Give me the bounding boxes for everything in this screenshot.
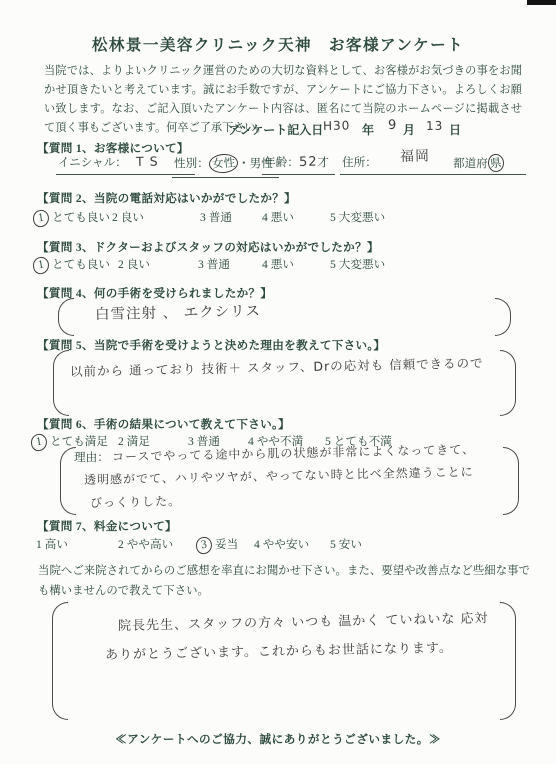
q2-option-5: 5大変悪い bbox=[330, 209, 385, 225]
q2-option-1: 1とても良い bbox=[33, 209, 110, 227]
q3-option-4: 4悪い bbox=[262, 256, 294, 272]
date-month-value: 9 bbox=[388, 118, 398, 133]
q6-reason-bracket-right bbox=[503, 447, 519, 515]
comments-answer-line-1: 院長先生、スタッフの方々 いつも 温かく ていねいな 応対 bbox=[118, 607, 489, 634]
q2-options: 1とても良い 2良い 3普通 4悪い 5大変悪い bbox=[0, 209, 556, 229]
q1-age-value: 52 bbox=[299, 155, 318, 170]
q1-gender-separator: ・ bbox=[238, 157, 250, 170]
q1-age-field: 年齢：52才 bbox=[262, 154, 335, 175]
q3-option-1: 1とても良い bbox=[33, 256, 110, 274]
q3-option-3: 3普通 bbox=[198, 256, 230, 272]
q6-reason-line-2: 透明感がでて、ハリやツヤが、やってない時と比べ全然違うことに bbox=[84, 463, 474, 488]
scan-artifact bbox=[527, 0, 556, 5]
comments-prompt: 当院へご来院されてからのご感想を率直にお聞かせ下さい。また、要望や改善点など些細… bbox=[38, 561, 530, 601]
q7-heading: 【質問 7、料金について】 bbox=[37, 518, 177, 534]
q6-reason-line-3: びっくりした。 bbox=[90, 492, 181, 511]
q7-option-3-circle: 3 bbox=[195, 536, 213, 555]
q3-heading: 【質問 3、ドクターおよびスタッフの対応はいかがでしたか？】 bbox=[37, 239, 379, 255]
q1-address-label: 住所： bbox=[342, 156, 377, 169]
q5-heading: 【質問 5、当院で手術を受けようと決めた理由を教えて下さい。】 bbox=[37, 337, 385, 353]
q3-option-2: 2良い bbox=[118, 256, 150, 272]
comments-bracket-left bbox=[52, 602, 68, 720]
q5-answer-bracket-left bbox=[53, 350, 69, 416]
q6-option-1-circle: 1 bbox=[30, 433, 48, 452]
q1-initial-value: T S bbox=[136, 154, 159, 169]
q1-age-suffix: 才 bbox=[317, 156, 329, 169]
q4-answer: 白雪注射 、 エクシリス bbox=[95, 300, 261, 324]
q6-heading: 【質問 6、手術の結果について教えて下さい。】 bbox=[37, 416, 290, 432]
q3-option-5: 5大変悪い bbox=[330, 256, 385, 272]
survey-scan-page: 松林景一美容クリニック天神 お客様アンケート 当院では、よりよいクリニック運営の… bbox=[0, 0, 556, 764]
comments-answer-line-2: ありがとうございます。これからもお世話になります。 bbox=[105, 637, 453, 663]
q1-address-field: 住所： 福岡 都道府県 bbox=[340, 154, 526, 175]
comments-bracket-right bbox=[500, 602, 516, 720]
q7-option-1: 1高い bbox=[36, 536, 68, 552]
q2-option-4: 4悪い bbox=[262, 209, 294, 225]
q7-option-4: 4やや安い bbox=[254, 536, 309, 552]
q1-gender-selected-circle: 女性 bbox=[208, 153, 238, 174]
date-year-suffix: 年 bbox=[362, 121, 374, 138]
q4-answer-bracket-left bbox=[58, 298, 74, 336]
date-day-suffix: 日 bbox=[449, 121, 461, 138]
date-year-value: H30 bbox=[323, 118, 351, 133]
date-line: アンケート記入日 H30 年 9 月 13 日 bbox=[0, 121, 556, 141]
q1-address-value: 福岡 bbox=[400, 145, 430, 166]
q7-option-5: 5安い bbox=[330, 536, 362, 552]
q7-option-2: 2やや高い bbox=[118, 536, 173, 552]
q1-initial-label: イニシャル： bbox=[58, 156, 127, 169]
q2-heading: 【質問 2、当院の電話対応はいかがでしたか？】 bbox=[37, 190, 296, 206]
q2-option-3: 3普通 bbox=[200, 209, 232, 225]
q1-age-label: 年齢： bbox=[264, 156, 299, 169]
q1-gender-label: 性別： bbox=[174, 157, 209, 170]
q1-fields: イニシャル： T S 性別：女性・男性 年齢：52才 住所： 福岡 都道府県 bbox=[0, 151, 556, 177]
q1-address-pref-circle: 県 bbox=[487, 153, 504, 172]
q4-answer-bracket-right bbox=[495, 298, 511, 336]
q2-option-2: 2良い bbox=[112, 209, 144, 225]
q3-option-1-circle: 1 bbox=[32, 256, 50, 275]
date-day-value: 13 bbox=[426, 119, 444, 133]
footer-thanks: ≪アンケートへのご協力、誠にありがとうございました。≫ bbox=[0, 731, 556, 747]
q3-options: 1とても良い 2良い 3普通 4悪い 5大変悪い bbox=[0, 256, 556, 276]
date-month-suffix: 月 bbox=[403, 121, 415, 138]
date-label: アンケート記入日 bbox=[228, 121, 323, 138]
q2-option-1-circle: 1 bbox=[32, 209, 50, 228]
q7-option-3: 3妥当 bbox=[196, 536, 238, 554]
q6-reason-label: 理由： bbox=[74, 449, 109, 465]
page-title: 松林景一美容クリニック天神 お客様アンケート bbox=[0, 33, 556, 55]
q7-options: 1高い 2やや高い 3妥当 4やや安い 5安い bbox=[0, 536, 556, 556]
q5-answer-bracket-right bbox=[500, 350, 516, 416]
q1-address-suffix: 都道府県 bbox=[453, 154, 503, 172]
q5-answer: 以前から 通っており 技術＋ スタッフ、Drの応対も 信頼できるので bbox=[70, 353, 484, 380]
